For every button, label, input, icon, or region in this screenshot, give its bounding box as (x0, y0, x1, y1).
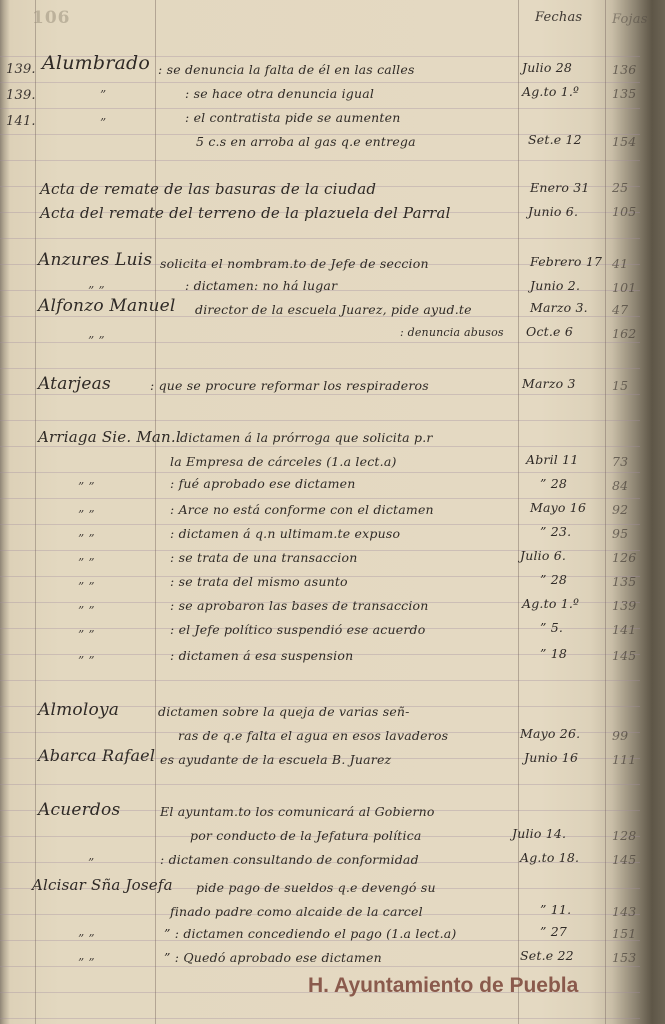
date-column-rule (518, 0, 519, 1024)
entry-date: Marzo 3. (530, 300, 588, 315)
entry-date: Set.e 12 (528, 132, 582, 147)
entry-description: : se trata de una transaccion (170, 550, 358, 565)
entry-description-continued: finado padre como alcaide de la carcel (170, 904, 423, 919)
entry-date: Mayo 26. (520, 726, 580, 741)
entry-date: Oct.e 6 (526, 324, 573, 339)
entry-name-ditto: ” ” (78, 654, 95, 668)
entry-date: Julio 28 (522, 60, 572, 75)
page-stamp: 106 (32, 8, 71, 28)
entry-folio: 141 (612, 622, 636, 637)
entry-description-continued: la Empresa de cárceles (1.a lect.a) (170, 454, 397, 469)
entry-date: Julio 14. (512, 826, 566, 841)
entry-description: : se aprobaron las bases de transaccion (170, 598, 429, 613)
entry-name-ditto: ” (100, 88, 106, 102)
archive-watermark: H. Ayuntamiento de Puebla (308, 974, 578, 998)
entry-date: Ag.to 1.º (522, 596, 579, 611)
entry-name-ditto: ” ” (78, 580, 95, 594)
entry-date: Mayo 16 (530, 500, 586, 515)
entry-description: : Arce no está conforme con el dictamen (170, 502, 434, 517)
entry-name: Alcisar Sña Josefa (32, 876, 173, 894)
entry-folio: 41 (612, 256, 628, 271)
name-column-rule (155, 0, 156, 1024)
entry-name: Acta del remate del terreno de la plazue… (40, 204, 451, 222)
entry-name: Abarca Rafael (38, 746, 155, 765)
dates-header: Fechas (535, 10, 582, 25)
folio-column-rule (605, 0, 606, 1024)
entry-description-continued: ras de q.e falta el agua en esos lavader… (178, 728, 448, 743)
entry-name-ditto: ” ” (88, 334, 105, 348)
entry-date: ” 23. (540, 524, 571, 539)
entry-name-ditto: ” ” (78, 480, 95, 494)
entry-name: Arriaga Sie. Man.l (38, 428, 181, 446)
entry-folio: 25 (612, 180, 628, 195)
entry-name-ditto: ” (100, 116, 106, 130)
entry-description: es ayudante de la escuela B. Juarez (160, 752, 391, 767)
entry-description: El ayuntam.to los comunicará al Gobierno (160, 804, 435, 819)
entry-date: ” 5. (540, 620, 563, 635)
entry-date: ” 28 (540, 572, 567, 587)
entry-date: ” 18 (540, 646, 567, 661)
entry-date: ” 28 (540, 476, 567, 491)
entry-name-ditto: ” ” (78, 628, 95, 642)
entry-name: Acta de remate de las basuras de la ciud… (40, 180, 376, 198)
entry-number: 139. (6, 88, 36, 103)
entry-date: Marzo 3 (522, 376, 576, 391)
entry-description: ” : Quedó aprobado ese dictamen (164, 950, 382, 965)
entry-name: Acuerdos (38, 800, 120, 820)
entry-description-continued: por conducto de la Jefatura política (190, 828, 422, 843)
entry-folio: 73 (612, 454, 628, 469)
entry-description: : denuncia abusos (400, 326, 504, 339)
folio-header: Fojas (612, 12, 648, 27)
entry-name: Anzures Luis (38, 250, 152, 270)
entry-folio: 47 (612, 302, 628, 317)
entry-date: Julio 6. (520, 548, 566, 563)
entry-date: Junio 6. (528, 204, 578, 219)
entry-name-ditto: ” ” (78, 508, 95, 522)
entry-folio: 95 (612, 526, 628, 541)
entry-date: Junio 2. (530, 278, 580, 293)
margin-rule (35, 0, 36, 1024)
entry-folio: 135 (612, 86, 636, 101)
entry-name-ditto: ” ” (78, 556, 95, 570)
entry-date: Ag.to 18. (520, 850, 579, 865)
entry-description: dictamen sobre la queja de varias señ- (158, 704, 410, 719)
entry-name: Atarjeas (38, 374, 111, 394)
entry-name-ditto: ” ” (78, 604, 95, 618)
entry-date: ” 11. (540, 902, 571, 917)
entry-date: Abril 11 (526, 452, 578, 467)
entry-name: Almoloya (38, 700, 119, 720)
entry-description: ” : dictamen concediendo el pago (1.a le… (164, 926, 457, 941)
entry-number: 139. (6, 62, 36, 77)
entry-folio: 111 (612, 752, 636, 767)
entry-name-ditto: ” ” (78, 532, 95, 546)
entry-folio: 153 (612, 950, 636, 965)
entry-folio: 128 (612, 828, 636, 843)
entry-folio: 162 (612, 326, 636, 341)
entry-folio: 15 (612, 378, 628, 393)
entry-description: : que se procure reformar los respirader… (150, 378, 429, 393)
entry-folio: 105 (612, 204, 636, 219)
entry-name: Alumbrado (42, 52, 150, 74)
entry-folio: 99 (612, 728, 628, 743)
entry-description: director de la escuela Juarez, pide ayud… (195, 302, 472, 317)
entry-description: : se trata del mismo asunto (170, 574, 348, 589)
entry-folio: 101 (612, 280, 636, 295)
entry-folio: 136 (612, 62, 636, 77)
ledger-page: 106 Fechas Fojas 139. Alumbrado : se den… (0, 0, 665, 1024)
entry-folio: 145 (612, 648, 636, 663)
entry-description: : fué aprobado ese dictamen (170, 476, 356, 491)
entry-folio: 154 (612, 134, 636, 149)
entry-date: Set.e 22 (520, 948, 574, 963)
entry-description: : el Jefe político suspendió ese acuerdo (170, 622, 425, 637)
entry-folio: 135 (612, 574, 636, 589)
entry-date: Enero 31 (530, 180, 590, 195)
entry-description: : se denuncia la falta de él en las call… (158, 62, 415, 77)
entry-description: : dictamen consultando de conformidad (160, 852, 419, 867)
entry-description: : se hace otra denuncia igual (185, 86, 374, 101)
entry-description-continued: 5 c.s en arroba al gas q.e entrega (196, 134, 416, 149)
entry-date: Febrero 17 (530, 254, 602, 269)
entry-description: : dictamen: no há lugar (185, 278, 337, 293)
entry-name-ditto: ” (88, 856, 94, 870)
entry-folio: 92 (612, 502, 628, 517)
entry-date: ” 27 (540, 924, 567, 939)
entry-description: : el contratista pide se aumenten (185, 110, 401, 125)
entry-date: Junio 16 (524, 750, 578, 765)
entry-folio: 143 (612, 904, 636, 919)
entry-folio: 145 (612, 852, 636, 867)
entry-folio: 151 (612, 926, 636, 941)
entry-date: Ag.to 1.º (522, 84, 579, 99)
entry-folio: 84 (612, 478, 628, 493)
entry-description: dictamen á la prórroga que solicita p.r (180, 430, 433, 445)
entry-number: 141. (6, 114, 36, 129)
entry-name: Alfonzo Manuel (38, 296, 176, 316)
entry-description: : dictamen á esa suspension (170, 648, 353, 663)
entry-name-ditto: ” ” (78, 932, 95, 946)
entry-description: pide pago de sueldos q.e devengó su (196, 880, 436, 895)
entry-description: : dictamen á q.n ultimam.te expuso (170, 526, 400, 541)
entry-folio: 126 (612, 550, 636, 565)
entry-folio: 139 (612, 598, 636, 613)
entry-name-ditto: ” ” (78, 956, 95, 970)
entry-description: solicita el nombram.to de Jefe de seccio… (160, 256, 429, 271)
